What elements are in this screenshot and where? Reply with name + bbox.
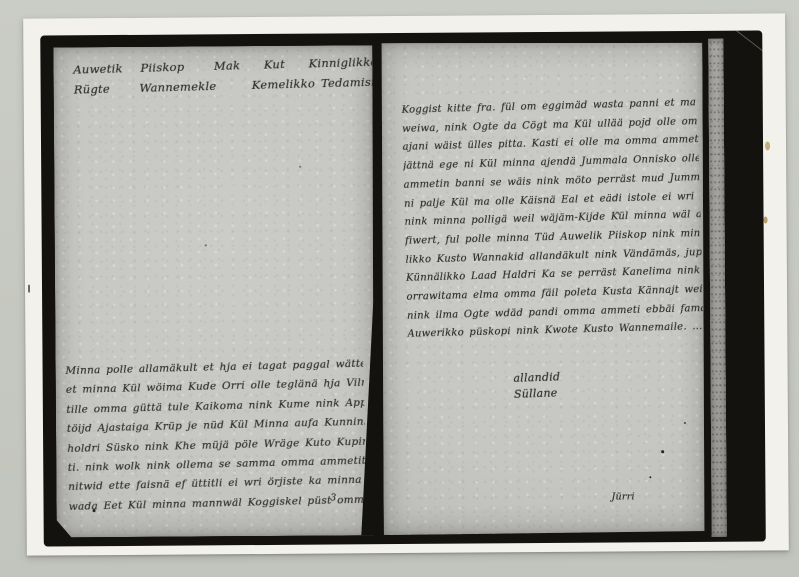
photo-frame: Auwetik Piiskop Mak Kut Kinniglikko Liwt… xyxy=(40,31,766,547)
stain-speck xyxy=(764,216,768,223)
film-scratch xyxy=(721,31,763,52)
right-page-paragraph: Koggist kitte fra. fül om eggimäd wasta … xyxy=(401,94,703,345)
handwritten-line: Süllane xyxy=(514,385,561,403)
photograph: Auwetik Piiskop Mak Kut Kinniglikko Liwt… xyxy=(23,13,789,555)
left-page-heading: Auwetik Piiskop Mak Kut Kinniglikko Liwt… xyxy=(73,51,376,100)
bottom-annotation: Jürri xyxy=(611,491,634,502)
stain-speck xyxy=(765,141,770,150)
closing-signature: allandid Süllane xyxy=(513,369,561,403)
left-page-paragraph: Minna polle allamäkult et hja ei tagat p… xyxy=(65,355,367,517)
ink-speck xyxy=(661,450,664,453)
ink-speck xyxy=(299,166,301,168)
margin-mark xyxy=(28,285,30,293)
ink-speck xyxy=(684,422,686,424)
ink-speck xyxy=(205,244,207,246)
ink-speck xyxy=(649,476,651,478)
manuscript-left-page: Auwetik Piiskop Mak Kut Kinniglikko Liwt… xyxy=(53,45,375,537)
photo-mount: { "colors":{ "mount_background":"#c6c9c1… xyxy=(0,0,799,577)
page-number: 3 xyxy=(330,493,336,503)
ink-speck xyxy=(618,213,620,215)
underlying-page-edge xyxy=(708,39,726,537)
handwritten-line: allandid xyxy=(513,369,560,387)
ink-speck xyxy=(93,509,96,512)
manuscript-right-page: Koggist kitte fra. fül om eggimäd wasta … xyxy=(380,41,705,535)
